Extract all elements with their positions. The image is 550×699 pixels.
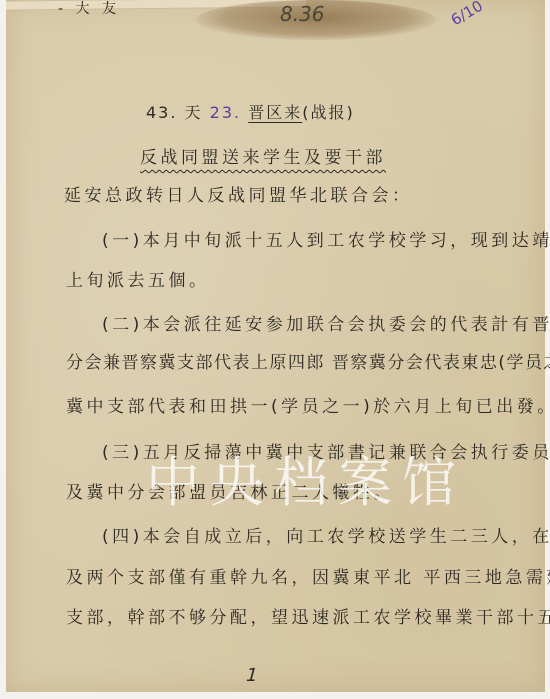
reference-line: 43. 天 23. 晋区来(战报) bbox=[146, 100, 355, 123]
ref-char: 天 bbox=[185, 103, 203, 122]
para4-line3: 支部，幹部不够分配，望迅速派工农学校畢業干部十五名來工 bbox=[66, 603, 550, 628]
archive-number: 8.36 bbox=[280, 2, 325, 26]
ref-source: 晋区来 bbox=[248, 103, 302, 122]
document-page: - 大 友 8.36 6/10 43. 天 23. 晋区来(战报) 反战同盟送来… bbox=[6, 0, 545, 692]
para2-line2: 分会兼晋察冀支部代表上原四郎 晋察冀分会代表東忠(学员之一) bbox=[66, 348, 550, 373]
page-number: 1 bbox=[243, 665, 260, 686]
para2-line3: 冀中支部代表和田拱一(学员之一)於六月上旬已出發。 bbox=[66, 392, 550, 417]
para4-line2: 及两个支部僅有重幹九名，因冀東平北 平西三地急需建立 bbox=[66, 563, 550, 588]
date-mark: 6/10 bbox=[448, 0, 486, 29]
ref-number: 23. bbox=[210, 103, 241, 122]
salutation: 延安总政转日人反战同盟华北联合会： bbox=[64, 181, 413, 206]
para4-line1: (四)本会自成立后，向工农学校送学生二三人，在目前分会 bbox=[102, 522, 550, 547]
top-left-mark: - 大 友 bbox=[58, 0, 120, 18]
archive-watermark: 中央档案馆 bbox=[146, 440, 466, 517]
document-title: 反战同盟送来学生及要干部 bbox=[140, 143, 386, 168]
para1-line1: (一)本月中旬派十五人到工农学校学习，现到达靖边，又六月 bbox=[102, 226, 550, 251]
ref-source-note: (战报) bbox=[302, 103, 355, 122]
para2-line1: (二)本会派往延安参加联合会执委会的代表計有晋察冀 bbox=[102, 310, 550, 335]
ref-prefix: 43. bbox=[146, 103, 177, 122]
para1-line2: 上旬派去五個。 bbox=[66, 266, 210, 291]
